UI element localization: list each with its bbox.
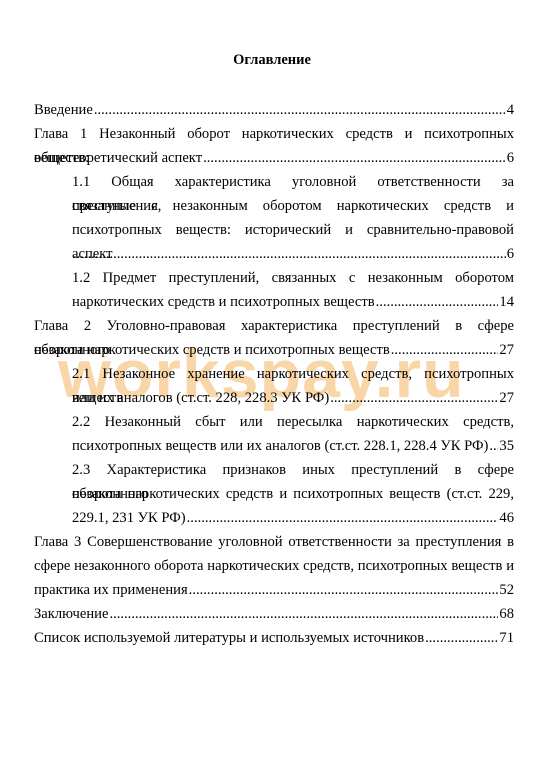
toc-entry-line: сфере незаконного оборота наркотических …: [34, 554, 514, 578]
dot-leader: [391, 338, 499, 362]
toc-entry-leader-line: 229.1, 231 УК РФ)46: [72, 506, 514, 530]
toc-page-number: 52: [499, 578, 514, 602]
toc-entry[interactable]: 1.2 Предмет преступлений, связанных с не…: [34, 266, 514, 314]
page-title: Оглавление: [0, 52, 544, 69]
toc-entry-leader-line: Введение4: [34, 98, 514, 122]
toc-entry[interactable]: Глава 3 Совершенствование уголовной отве…: [34, 530, 514, 602]
toc-entry[interactable]: 2.1 Незаконное хранение наркотических ср…: [34, 362, 514, 410]
toc-page-number: 68: [499, 602, 514, 626]
toc-entry-leader-line: Заключение68: [34, 602, 514, 626]
toc-entry-line: Глава 1 Незаконный оборот наркотических …: [34, 122, 514, 146]
toc-entry-leader-line: психотропных веществ или их аналогов (ст…: [72, 434, 514, 458]
toc-entry-leader-line: Список используемой литературы и использ…: [34, 626, 514, 650]
dot-leader: [189, 578, 499, 602]
toc-entry-line: 1.2 Предмет преступлений, связанных с не…: [72, 266, 514, 290]
dot-leader: [109, 602, 498, 626]
toc-entry-text: Заключение: [34, 602, 108, 626]
toc-entry-line: Глава 2 Уголовно-правовая характеристика…: [34, 314, 514, 338]
toc-entry-line: Глава 3 Совершенствование уголовной отве…: [34, 530, 514, 554]
table-of-contents: Введение4Глава 1 Незаконный оборот нарко…: [34, 98, 514, 650]
document-page: workspay.ru Оглавление Введение4Глава 1 …: [0, 0, 544, 784]
toc-entry[interactable]: 1.1 Общая характеристика уголовной ответ…: [34, 170, 514, 266]
toc-entry-text: Введение: [34, 98, 93, 122]
toc-entry-text: Список используемой литературы и использ…: [34, 626, 424, 650]
toc-page-number: 14: [499, 290, 514, 314]
toc-entry-leader-line: практика их применения52: [34, 578, 514, 602]
toc-entry-line: 2.3 Характеристика признаков иных престу…: [72, 458, 514, 482]
toc-entry-leader-line: общетеоретический аспект6: [34, 146, 514, 170]
toc-entry-text: наркотических средств и психотропных вещ…: [72, 290, 375, 314]
toc-entry-text: практика их применения: [34, 578, 188, 602]
toc-page-number: 71: [499, 626, 514, 650]
toc-entry-line: оборота наркотических средств и психотро…: [72, 482, 514, 506]
toc-entry-line: психотропных веществ: исторический и сра…: [72, 218, 514, 242]
dot-leader: [73, 242, 506, 266]
toc-entry[interactable]: Список используемой литературы и использ…: [34, 626, 514, 650]
toc-entry[interactable]: Глава 1 Незаконный оборот наркотических …: [34, 122, 514, 170]
dot-leader: [489, 434, 498, 458]
toc-page-number: 6: [507, 242, 514, 266]
toc-entry-text: 229.1, 231 УК РФ): [72, 506, 186, 530]
toc-entry[interactable]: 2.2 Незаконный сбыт или пересылка наркот…: [34, 410, 514, 458]
toc-page-number: 46: [499, 506, 514, 530]
toc-page-number: 35: [499, 434, 514, 458]
toc-entry-text: или их аналогов (ст.ст. 228, 228.3 УК РФ…: [72, 386, 329, 410]
toc-page-number: 27: [499, 386, 514, 410]
dot-leader: [94, 98, 506, 122]
toc-page-number: 4: [507, 98, 514, 122]
toc-entry-leader-line: оборота наркотических средств и психотро…: [34, 338, 514, 362]
toc-entry-text: общетеоретический аспект: [34, 146, 202, 170]
toc-entry[interactable]: Заключение68: [34, 602, 514, 626]
toc-page-number: 27: [499, 338, 514, 362]
toc-entry[interactable]: 2.3 Характеристика признаков иных престу…: [34, 458, 514, 530]
toc-entry-line: 2.2 Незаконный сбыт или пересылка наркот…: [72, 410, 514, 434]
dot-leader: [376, 290, 499, 314]
toc-entry[interactable]: Введение4: [34, 98, 514, 122]
toc-entry-line: 1.1 Общая характеристика уголовной ответ…: [72, 170, 514, 194]
toc-entry-line: 2.1 Незаконное хранение наркотических ср…: [72, 362, 514, 386]
toc-entry-text: оборота наркотических средств и психотро…: [34, 338, 390, 362]
toc-entry-leader-line: или их аналогов (ст.ст. 228, 228.3 УК РФ…: [72, 386, 514, 410]
toc-entry-leader-line: наркотических средств и психотропных вещ…: [72, 290, 514, 314]
dot-leader: [187, 506, 499, 530]
dot-leader: [203, 146, 506, 170]
toc-entry[interactable]: Глава 2 Уголовно-правовая характеристика…: [34, 314, 514, 362]
toc-page-number: 6: [507, 146, 514, 170]
dot-leader: [330, 386, 498, 410]
dot-leader: [425, 626, 498, 650]
toc-entry-leader-line: 6: [72, 242, 514, 266]
toc-entry-line: связанные с незаконным оборотом наркотич…: [72, 194, 514, 218]
toc-entry-text: психотропных веществ или их аналогов (ст…: [72, 434, 488, 458]
